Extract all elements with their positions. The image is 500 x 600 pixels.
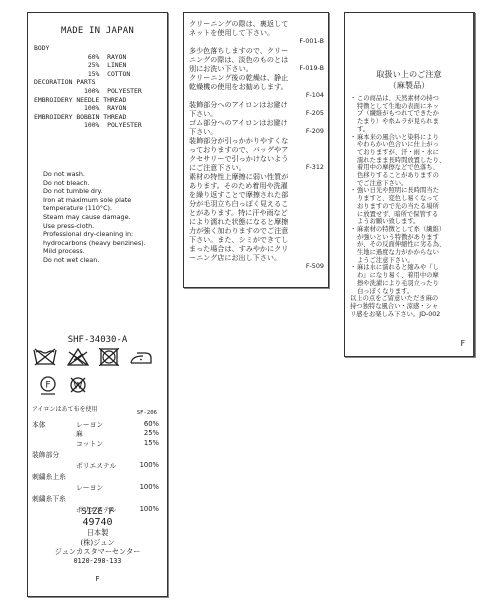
composition-row: 麻25% — [32, 429, 159, 437]
product-code: SHF-34030-A — [28, 335, 167, 345]
note-line: 乾燥機の使用をお勧めします。 — [189, 82, 324, 91]
bullet-dot: ・ — [350, 264, 357, 295]
note-code: F-209 — [306, 127, 324, 136]
no-bleach-icon — [67, 348, 89, 366]
note-line: クリーニングの際は、裏返して — [189, 19, 324, 28]
caution-bullet: ・この商品は、天然素材の持つ特徴として生地の表面にネップ（繊維がもつれてできたか… — [350, 95, 469, 134]
note-line: 装飾部分が引っかかりやすくな — [189, 136, 324, 145]
caution-subtitle: （麻製品） — [345, 80, 473, 91]
note-line: 分が毛羽立ち白っぽく見えるこ — [189, 199, 324, 208]
care-line: Do not wet clean. — [43, 256, 146, 265]
svg-text:W: W — [74, 382, 83, 392]
composition-row: 刺繍糸下糸 — [32, 492, 159, 503]
note-line: 下さい。また、シミができてし — [189, 235, 324, 244]
caution-line: たまり）や糸ムラが見られま — [357, 118, 439, 126]
no-tumble-dry-icon — [99, 348, 119, 366]
note-line: により濡れた状態になると摩擦 — [189, 217, 324, 226]
note-code: F-019-B — [299, 64, 324, 73]
made-in-label: MADE IN JAPAN — [28, 26, 167, 36]
composition-jp-table: 本体レーヨン60% 麻25% コットン15% 装飾部分 ポリエステル100% 刺… — [32, 418, 159, 514]
dry-clean-f-mild-icon: F — [39, 376, 57, 396]
note-line: 多少色落ちしますので、クリー — [189, 46, 324, 55]
caution-line: 色移りすることがありますの — [357, 172, 445, 180]
caution-line: 麻素材の特徴として糸（繊維） — [357, 226, 445, 234]
care-line: temperature (110°C). — [43, 204, 146, 213]
care-line: Iron at maximum sole plate — [43, 196, 146, 205]
closing-line: 持つ独特な風合い・涼感・シャ — [350, 303, 469, 311]
note-line: 下さい。F-209 — [189, 127, 324, 136]
caution-text: ・この商品は、天然素材の持つ特徴として生地の表面にネップ（繊維がもつれてできたか… — [345, 91, 473, 318]
footer-letter: F — [28, 575, 167, 585]
closing-line: 以上の点をご留意いただき麻の — [350, 295, 469, 303]
caution-line: が、その反面伸縮性に劣る為、 — [357, 241, 445, 249]
footer-letter: F — [461, 339, 465, 348]
caution-line: おりますので光の当たる場所 — [357, 203, 439, 211]
care-line: Steam may cause damage. — [43, 213, 146, 222]
caution-line: 強い日光や照明に長時間当た — [357, 187, 439, 195]
note-code: F-205 — [306, 109, 324, 118]
composition-en: BODY 60% RAYON 25% LINEN 15% COTTON DECO… — [34, 44, 167, 130]
note-line: ゴム部分へのアイロンはお避け — [189, 118, 324, 127]
item-number: 49740 — [28, 517, 167, 528]
caution-line: ようお願い致します。 — [357, 218, 439, 226]
caution-line: す。 — [357, 126, 439, 134]
origin-jp: 日本製 — [28, 528, 167, 538]
note-code: F-312 — [306, 163, 324, 172]
no-wet-clean-icon: W — [69, 376, 87, 396]
composition-care-label: MADE IN JAPAN BODY 60% RAYON 25% LINEN 1… — [27, 12, 168, 597]
caution-line: りますと、変色し易くなって — [357, 195, 439, 203]
cleaning-notes-label: クリーニングの際は、裏返してネットを使用して下さい。F-001-B多少色落ちしま… — [183, 12, 329, 288]
care-symbols-row2: F W — [39, 376, 87, 396]
label-footer: SIZE F 49740 日本製 (株)ジュン ジュンカスタマーセンター 012… — [28, 507, 167, 585]
caution-line: わ』になり易く、着用中の摩 — [357, 272, 439, 280]
caution-line: プ（繊維がもつれてできたか — [357, 110, 439, 118]
caution-line: 擦や洗濯により毛羽立ったり — [357, 280, 439, 288]
company-name: (株)ジュン — [28, 538, 167, 548]
caution-line: この商品は、天然素材の持つ — [357, 95, 439, 103]
closing-line: リ感をお楽しみ下さい。JD-002 — [350, 311, 469, 319]
caution-bullet: ・麻本来の風合いと染料によりやわらかい色合いに仕上がっておりますが、汗・雨・水に… — [350, 134, 469, 188]
note-line: あります。そのため着用や洗濯 — [189, 181, 324, 190]
care-line: Do not wash. — [43, 170, 146, 179]
care-line: Professional dry-cleaning in: — [43, 230, 146, 239]
customer-center: ジュンカスタマーセンター — [28, 547, 167, 557]
note-line: っておりますので、バッグやア — [189, 145, 324, 154]
care-line: Do not tumble dry. — [43, 187, 146, 196]
caution-bullet: ・強い日光や照明に長時間当たりますと、変色し易くなっておりますので光の当たる場所… — [350, 187, 469, 226]
bullet-dot: ・ — [350, 95, 357, 134]
caution-line: 生地に過度な力がかからない — [357, 249, 445, 257]
caution-bullet: ・麻は水に濡れると縮みや『しわ』になり易く、着用中の摩擦や洗濯により毛羽立ったり… — [350, 264, 469, 295]
note-line: クセサリーで引っかけないよう — [189, 154, 324, 163]
care-line: Mild process. — [43, 247, 146, 256]
note-line: ーニング店にお出し下さい。 — [189, 253, 324, 262]
note-code: F-001-B — [189, 37, 324, 46]
note-line: まった場合は、すみやかにクリ — [189, 244, 324, 253]
note-line: を繰り返すことで摩擦された部 — [189, 190, 324, 199]
handling-caution-label: 取扱い上のご注意 （麻製品） ・この商品は、天然素材の持つ特徴として生地の表面に… — [344, 12, 475, 357]
caution-line: 着用中の摩擦などで色落ち、 — [357, 164, 445, 172]
note-line: 素材の特性上摩擦に弱い性質が — [189, 172, 324, 181]
care-line: Do not bleach. — [43, 179, 146, 188]
note-line: にご注意下さい。F-312 — [189, 163, 324, 172]
bullet-dot: ・ — [350, 226, 357, 265]
note-code: F-104 — [189, 91, 324, 100]
note-line: 装飾部分へのアイロンはお避け — [189, 100, 324, 109]
caution-title: 取扱い上のご注意 — [345, 69, 473, 80]
note-line: クリーニング後の乾燥は、静止 — [189, 73, 324, 82]
note-line: ニングの際は、淡色のものとは — [189, 55, 324, 64]
composition-row: レーヨン100% — [32, 481, 159, 492]
note-line: 別にお洗い下さい。F-019-B — [189, 64, 324, 73]
composition-row: 刺繍糸上糸 — [32, 470, 159, 481]
iron-note-jp: アイロンはあて布を使用 — [32, 404, 97, 413]
cleaning-notes-text: クリーニングの際は、裏返してネットを使用して下さい。F-001-B多少色落ちしま… — [184, 13, 328, 271]
note-line: 下さい。F-205 — [189, 109, 324, 118]
bullet-dot: ・ — [350, 187, 357, 226]
care-line: hydrocarbons (heavy benzines). — [43, 239, 146, 248]
care-symbols-row1 — [33, 348, 153, 366]
size-text: SIZE F — [28, 507, 167, 517]
composition-row: コットン15% — [32, 437, 159, 448]
caution-line: ておりますが、汗・雨・水に — [357, 149, 445, 157]
iron-low-icon — [129, 348, 153, 366]
sf-code: SF-206 — [137, 410, 157, 416]
no-wash-icon — [33, 348, 57, 366]
note-line: ネットを使用して下さい。 — [189, 28, 324, 37]
note-line: 力が強く加わりますのでご注意 — [189, 226, 324, 235]
care-instructions-en: Do not wash.Do not bleach.Do not tumble … — [43, 170, 146, 265]
composition-row: 装飾部分 — [32, 448, 159, 459]
composition-row: ポリエステル100% — [32, 459, 159, 470]
care-line: Use press-cloth. — [43, 222, 146, 231]
phone-number: 0120-298-133 — [28, 557, 167, 567]
svg-text:F: F — [45, 381, 50, 391]
note-code: F-509 — [189, 262, 324, 271]
bullet-dot: ・ — [350, 134, 357, 188]
note-line: とがあります。特に汗や雨など — [189, 208, 324, 217]
caution-bullet: ・麻素材の特徴として糸（繊維）が強いという特徴がありますが、その反面伸縮性に劣る… — [350, 226, 469, 265]
caution-line: やわらかい色合いに仕上がっ — [357, 141, 445, 149]
